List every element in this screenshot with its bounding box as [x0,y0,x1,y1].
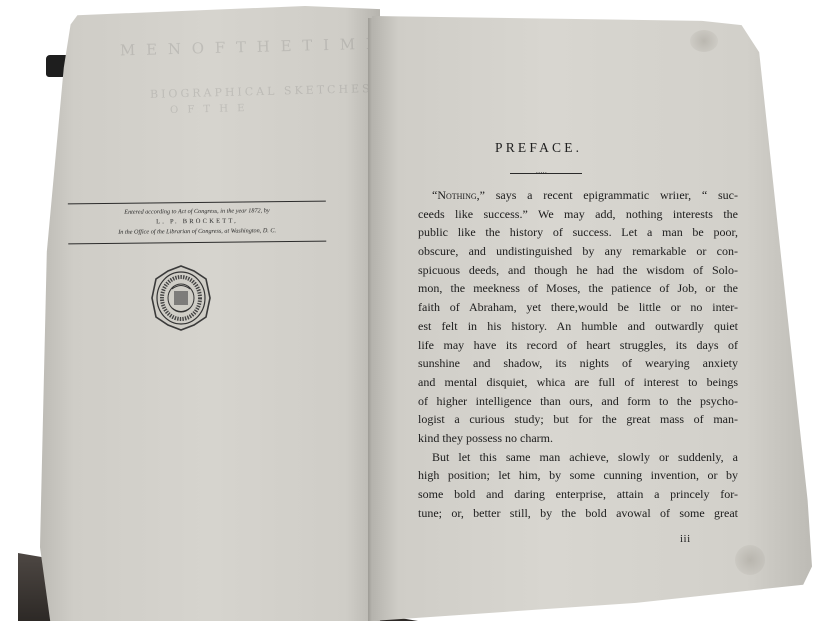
copyright-notice: Entered according to Act of Congress, in… [68,191,327,246]
preface-body-text: “Nothing,” says a recent epigrammatic wr… [418,186,738,522]
text-line: kind they possess no charm. [418,429,738,448]
text-line: mon, the meekness of Moses, the patience… [418,279,738,298]
copyright-line-1: Entered according to Act of Congress, in… [68,207,326,217]
show-through-subtitle-2: O F T H E [170,103,248,116]
text-line: public like the history of success. Let … [418,223,738,242]
printer-seal-icon [150,265,212,331]
text-line: est felt in his history. An humble and o… [418,317,738,336]
preface-heading: PREFACE. [495,140,582,156]
text-line: “Nothing,” says a recent epigrammatic wr… [418,186,738,205]
page-stain [735,545,765,575]
open-book-photo: M E N O F T H E T I M E BIOGRAPHICAL SKE… [0,0,828,621]
small-caps-word: Nothing [437,188,476,202]
text-line: high position; let him, by some cunning … [418,466,738,485]
copyright-top-rule [68,201,326,205]
copyright-line-3: In the Office of the Librarian of Congre… [68,227,326,237]
heading-rule [510,173,582,174]
text-line: some bold and daring enterprise, attain … [418,485,738,504]
text-line: But let this same man achieve, slowly or… [418,448,738,467]
copyright-author: L. P. BROCKETT, [68,217,326,227]
page-stain [690,30,718,52]
text-line: faith of Abraham, yet there,would be lit… [418,298,738,317]
text-line: spicuous deeds, and though he had the wi… [418,261,738,280]
text-line: of higher intelligence than ours, and fo… [418,392,738,411]
text-line: life may have its record of heart strugg… [418,336,738,355]
page-number: iii [680,533,691,545]
text-line: logist a curious study; but for the grea… [418,410,738,429]
text-line: and mental disquiet, whica are full of i… [418,373,738,392]
text-line: obscure, and undistinguished by any rema… [418,242,738,261]
text-line: tune; or, better still, by the bold avow… [418,504,738,523]
text-line: sunshine and shadow, its nights of weary… [418,354,738,373]
text-line: ceeds like success.” We may add, nothing… [418,205,738,224]
